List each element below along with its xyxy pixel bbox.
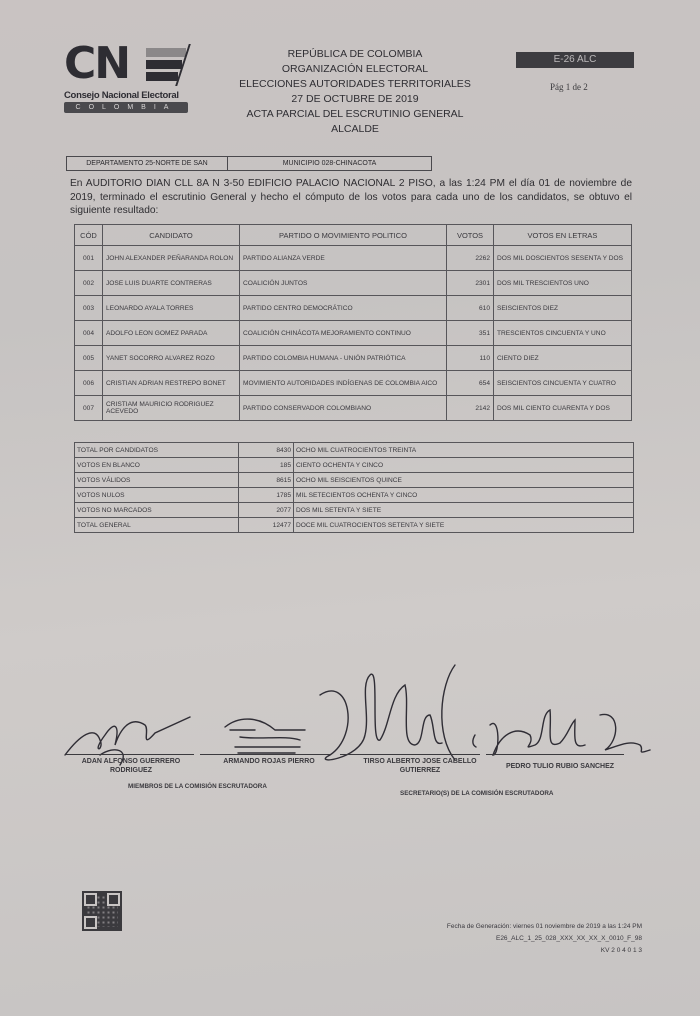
table-row: 007CRISTIAM MAURICIO RODRIGUEZ ACEVEDOPA… (75, 396, 632, 421)
totals-row: TOTAL POR CANDIDATOS8430OCHO MIL CUATROC… (75, 443, 634, 458)
table-row: 006CRISTIAN ADRIAN RESTREPO BONETMOVIMIE… (75, 371, 632, 396)
document-id: E26_ALC_1_25_028_XXX_XX_XX_X_0010_F_98 (447, 933, 642, 945)
total-label: TOTAL GENERAL (75, 518, 239, 533)
total-value: 8430 (239, 443, 294, 458)
total-value: 2077 (239, 503, 294, 518)
vote-count: 654 (447, 371, 494, 396)
candidate-code: 004 (75, 321, 103, 346)
signature-line (200, 754, 330, 755)
votes-in-words: SEISCIENTOS CINCUENTA Y CUATRO (494, 371, 632, 396)
vote-count: 351 (447, 321, 494, 346)
votes-in-words: TRESCIENTOS CINCUENTA Y UNO (494, 321, 632, 346)
total-label: VOTOS NO MARCADOS (75, 503, 239, 518)
title-line: REPÚBLICA DE COLOMBIA (220, 47, 490, 62)
vote-count: 2142 (447, 396, 494, 421)
department: DEPARTAMENTO 25-NORTE DE SAN (67, 157, 228, 170)
total-label: VOTOS NULOS (75, 488, 239, 503)
total-value: 8615 (239, 473, 294, 488)
header-votes-words: VOTOS EN LETRAS (494, 225, 632, 246)
members-label: MIEMBROS DE LA COMISIÓN ESCRUTADORA (128, 783, 267, 790)
table-row: 003LEONARDO AYALA TORRESPARTIDO CENTRO D… (75, 296, 632, 321)
totals-table: TOTAL POR CANDIDATOS8430OCHO MIL CUATROC… (74, 442, 634, 533)
votes-in-words: DOS MIL CIENTO CUARENTA Y DOS (494, 396, 632, 421)
title-line: 27 DE OCTUBRE DE 2019 (220, 92, 490, 107)
header-candidate: CANDIDATO (103, 225, 240, 246)
table-row: 004ADOLFO LEON GOMEZ PARADACOALICIÓN CHI… (75, 321, 632, 346)
candidates-table: CÓD CANDIDATO PARTIDO O MOVIMIENTO POLIT… (74, 224, 632, 421)
title-line: ORGANIZACIÓN ELECTORAL (220, 62, 490, 77)
table-row: 001JOHN ALEXANDER PEÑARANDA ROLONPARTIDO… (75, 246, 632, 271)
votes-in-words: SEISCIENTOS DIEZ (494, 296, 632, 321)
candidate-code: 003 (75, 296, 103, 321)
signature-line (486, 754, 624, 755)
candidate-code: 001 (75, 246, 103, 271)
vote-count: 2301 (447, 271, 494, 296)
logo-name: Consejo Nacional Electoral (64, 90, 179, 101)
signer-name: ARMANDO ROJAS PIERRO (210, 757, 328, 766)
table-row: 002JOSE LUIS DUARTE CONTRERASCOALICIÓN J… (75, 271, 632, 296)
signer-name: ADAN ALFONSO GUERRERO RODRIGUEZ (72, 757, 190, 775)
signer-name: TIRSO ALBERTO JOSE CABELLO GUTIERREZ (355, 757, 485, 775)
total-label: TOTAL POR CANDIDATOS (75, 443, 239, 458)
logo-country: COLOMBIA (64, 102, 188, 113)
total-value: 185 (239, 458, 294, 473)
candidate-name: JOSE LUIS DUARTE CONTRERAS (103, 271, 240, 296)
party-name: PARTIDO COLOMBIA HUMANA - UNIÓN PATRIÓTI… (240, 346, 447, 371)
totals-row: VOTOS VÁLIDOS8615OCHO MIL SEISCIENTOS QU… (75, 473, 634, 488)
municipality: MUNICIPIO 028-CHINACOTA (228, 157, 431, 170)
signer-name: PEDRO TULIO RUBIO SANCHEZ (492, 762, 628, 771)
vote-count: 110 (447, 346, 494, 371)
party-name: COALICIÓN CHINÁCOTA MEJORAMIENTO CONTINU… (240, 321, 447, 346)
candidate-code: 005 (75, 346, 103, 371)
version-code: KV 2 0 4 0 1 3 (447, 945, 642, 957)
secretary-label: SECRETARIO(S) DE LA COMISIÓN ESCRUTADORA (400, 790, 553, 797)
signature-line (66, 754, 194, 755)
total-in-words: DOS MIL SETENTA Y SIETE (294, 503, 634, 518)
form-code-badge: E-26 ALC (516, 52, 634, 68)
totals-row: TOTAL GENERAL12477DOCE MIL CUATROCIENTOS… (75, 518, 634, 533)
candidate-code: 002 (75, 271, 103, 296)
header-party: PARTIDO O MOVIMIENTO POLITICO (240, 225, 447, 246)
logo-flag-bars-icon (146, 48, 186, 84)
total-value: 1785 (239, 488, 294, 503)
total-in-words: OCHO MIL SEISCIENTOS QUINCE (294, 473, 634, 488)
generation-date: Fecha de Generación: viernes 01 noviembr… (447, 921, 642, 933)
intro-paragraph: En AUDITORIO DIAN CLL 8A N 3-50 EDIFICIO… (70, 177, 632, 218)
header-votes: VOTOS (447, 225, 494, 246)
totals-row: VOTOS NO MARCADOS2077DOS MIL SETENTA Y S… (75, 503, 634, 518)
totals-row: VOTOS EN BLANCO185CIENTO OCHENTA Y CINCO (75, 458, 634, 473)
generation-footer: Fecha de Generación: viernes 01 noviembr… (447, 921, 642, 957)
signature-line (340, 754, 480, 755)
document-title: REPÚBLICA DE COLOMBIA ORGANIZACIÓN ELECT… (220, 47, 490, 137)
candidate-code: 007 (75, 396, 103, 421)
party-name: PARTIDO ALIANZA VERDE (240, 246, 447, 271)
candidate-name: YANET SOCORRO ALVAREZ ROZO (103, 346, 240, 371)
votes-in-words: CIENTO DIEZ (494, 346, 632, 371)
vote-count: 2262 (447, 246, 494, 271)
party-name: MOVIMIENTO AUTORIDADES INDÍGENAS DE COLO… (240, 371, 447, 396)
total-in-words: OCHO MIL CUATROCIENTOS TREINTA (294, 443, 634, 458)
qr-code-icon (82, 891, 122, 931)
candidate-name: CRISTIAN ADRIAN RESTREPO BONET (103, 371, 240, 396)
party-name: PARTIDO CENTRO DEMOCRÁTICO (240, 296, 447, 321)
table-row: 005YANET SOCORRO ALVAREZ ROZOPARTIDO COL… (75, 346, 632, 371)
total-in-words: MIL SETECIENTOS OCHENTA Y CINCO (294, 488, 634, 503)
candidate-name: LEONARDO AYALA TORRES (103, 296, 240, 321)
vote-count: 610 (447, 296, 494, 321)
location-box: DEPARTAMENTO 25-NORTE DE SAN MUNICIPIO 0… (66, 156, 432, 171)
total-label: VOTOS EN BLANCO (75, 458, 239, 473)
total-label: VOTOS VÁLIDOS (75, 473, 239, 488)
header-code: CÓD (75, 225, 103, 246)
votes-in-words: DOS MIL TRESCIENTOS UNO (494, 271, 632, 296)
votes-in-words: DOS MIL DOSCIENTOS SESENTA Y DOS (494, 246, 632, 271)
total-in-words: DOCE MIL CUATROCIENTOS SETENTA Y SIETE (294, 518, 634, 533)
title-line: ALCALDE (220, 122, 490, 137)
page-number: Pág 1 de 2 (550, 82, 588, 92)
logo-acronym: CN (64, 38, 129, 89)
candidate-code: 006 (75, 371, 103, 396)
cne-logo: CN Consejo Nacional Electoral COLOMBIA (64, 44, 190, 114)
candidate-name: ADOLFO LEON GOMEZ PARADA (103, 321, 240, 346)
document-page: CN Consejo Nacional Electoral COLOMBIA R… (0, 0, 700, 1016)
candidate-name: CRISTIAM MAURICIO RODRIGUEZ ACEVEDO (103, 396, 240, 421)
total-value: 12477 (239, 518, 294, 533)
party-name: COALICIÓN JUNTOS (240, 271, 447, 296)
table-header-row: CÓD CANDIDATO PARTIDO O MOVIMIENTO POLIT… (75, 225, 632, 246)
title-line: ELECCIONES AUTORIDADES TERRITORIALES (220, 77, 490, 92)
totals-row: VOTOS NULOS1785MIL SETECIENTOS OCHENTA Y… (75, 488, 634, 503)
total-in-words: CIENTO OCHENTA Y CINCO (294, 458, 634, 473)
candidate-name: JOHN ALEXANDER PEÑARANDA ROLON (103, 246, 240, 271)
party-name: PARTIDO CONSERVADOR COLOMBIANO (240, 396, 447, 421)
title-line: ACTA PARCIAL DEL ESCRUTINIO GENERAL (220, 107, 490, 122)
